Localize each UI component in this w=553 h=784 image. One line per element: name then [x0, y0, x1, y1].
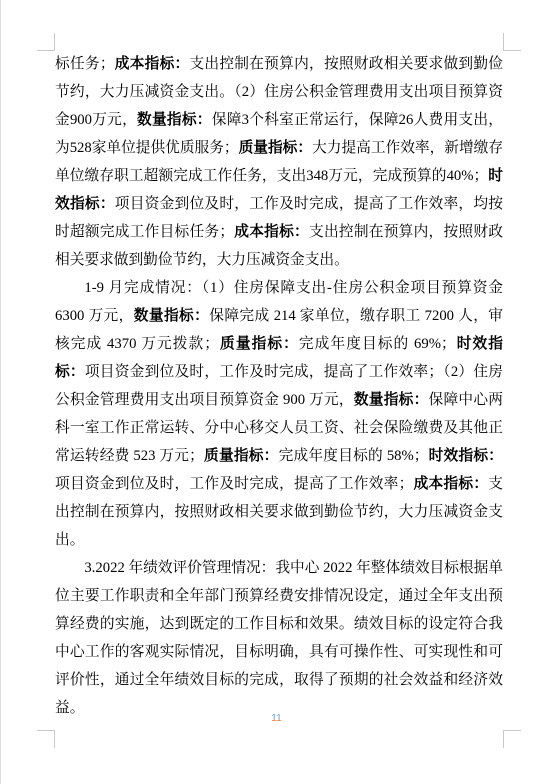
margin-corner-mark-top-right: [503, 33, 521, 51]
indicator-label-run: 数量指标：: [137, 112, 212, 128]
margin-corner-mark-top-left: [37, 33, 55, 51]
text-run: 完成年度目标的 69%；: [299, 336, 456, 352]
paragraph: 1-9 月完成情况：（1）住房保障支出-住房公积金项目预算资金 6300 万元，…: [55, 274, 503, 554]
margin-corner-mark-bottom-left: [37, 730, 55, 748]
indicator-label-run: 数量指标：: [134, 308, 209, 324]
margin-corner-mark-bottom-right: [503, 730, 521, 748]
paragraph: 3.2022 年绩效评价管理情况：我中心 2022 年整体绩效目标根据单位主要工…: [55, 554, 503, 722]
text-run: 3.2022 年绩效评价管理情况：我中心 2022 年整体绩效目标根据单位主要工…: [55, 560, 503, 716]
indicator-label-run: 质量指标：: [204, 448, 279, 464]
paragraph: 标任务；成本指标：支出控制在预算内，按照财政相关要求做到勤俭节约，大力压减资金支…: [55, 50, 503, 274]
page-footer: 11: [0, 708, 553, 726]
indicator-label-run: 质量指标：: [239, 140, 312, 156]
document-page: { "colors": { "text": "#000000", "page-b…: [0, 0, 553, 784]
indicator-label-run: 时效指标：: [428, 448, 503, 464]
indicator-label-run: 成本指标：: [413, 476, 488, 492]
indicator-label-run: 质量指标：: [219, 336, 299, 352]
page-left-edge-line: [0, 0, 1, 784]
page-number: 11: [271, 712, 281, 726]
indicator-label-run: 成本指标：: [234, 224, 309, 240]
indicator-label-run: 数量指标：: [354, 392, 429, 408]
indicator-label-run: 成本指标：: [115, 56, 190, 72]
text-run: 完成年度目标的 58%；: [279, 448, 429, 464]
document-body: 标任务；成本指标：支出控制在预算内，按照财政相关要求做到勤俭节约，大力压减资金支…: [55, 50, 503, 722]
text-run: 项目资金到位及时，工作及时完成，提高了工作效率；: [55, 476, 413, 492]
text-run: 标任务；: [55, 56, 115, 72]
